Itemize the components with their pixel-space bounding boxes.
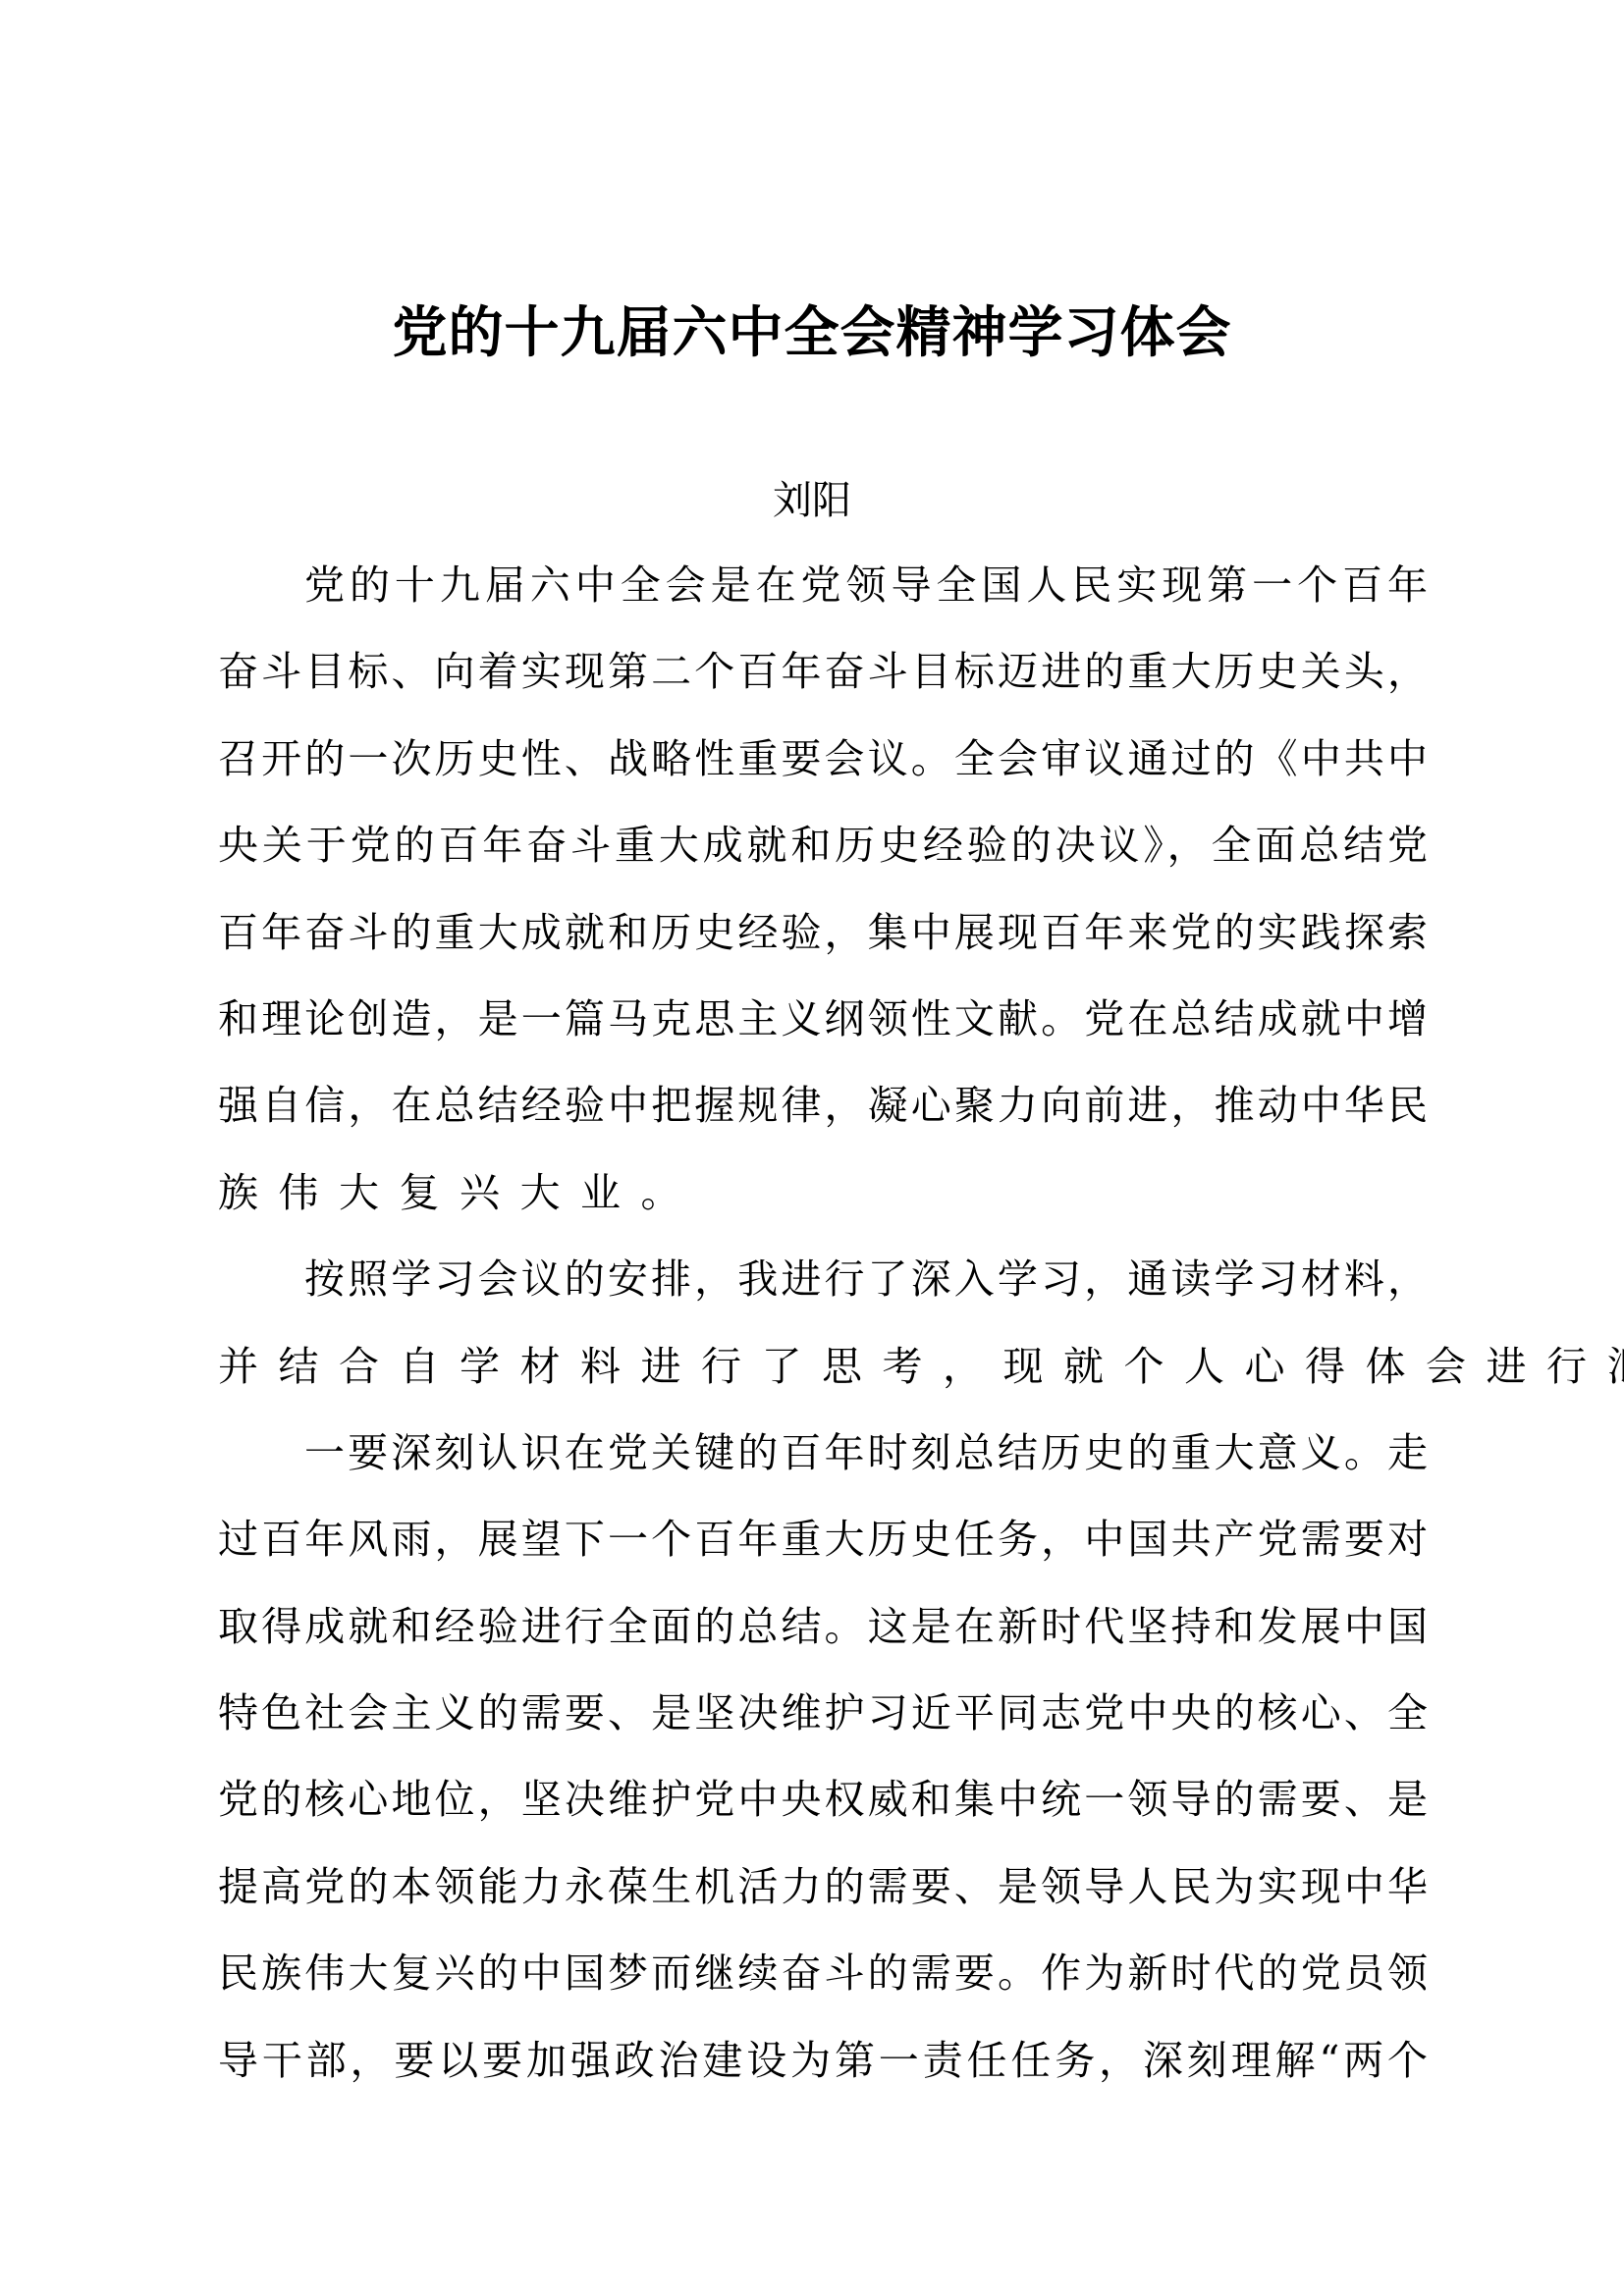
paragraph-line: 党的十九届六中全会是在党领导全国人民实现第一个百年 — [218, 556, 1428, 642]
paragraph-line: 央关于党的百年奋斗重大成就和历史经验的决议》，全面总结党 — [218, 816, 1428, 902]
paragraph-line: 百年奋斗的重大成就和历史经验，集中展现百年来党的实践探索 — [218, 903, 1428, 989]
document-page: 党的十九届六中全会精神学习体会 刘阳 党的十九届六中全会是在党领导全国人民实现第… — [0, 0, 1624, 2296]
author-name: 刘阳 — [0, 473, 1624, 528]
paragraph-line: 过百年风雨，展望下一个百年重大历史任务，中国共产党需要对 — [218, 1510, 1428, 1596]
paragraph-line: 奋斗目标、向着实现第二个百年奋斗目标迈进的重大历史关头， — [218, 642, 1428, 728]
paragraph-line: 按照学习会议的安排，我进行了深入学习，通读学习材料， — [218, 1250, 1428, 1336]
paragraph-3: 一要深刻认识在党关键的百年时刻总结历史的重大意义。走 过百年风雨，展望下一个百年… — [218, 1423, 1428, 2117]
paragraph-2: 按照学习会议的安排，我进行了深入学习，通读学习材料， 并结合自学材料进行了思考，… — [218, 1250, 1428, 1423]
paragraph-1: 党的十九届六中全会是在党领导全国人民实现第一个百年 奋斗目标、向着实现第二个百年… — [218, 556, 1428, 1250]
paragraph-line: 民族伟大复兴的中国梦而继续奋斗的需要。作为新时代的党员领 — [218, 1944, 1428, 2030]
document-title: 党的十九届六中全会精神学习体会 — [0, 294, 1624, 373]
paragraph-line: 和理论创造，是一篇马克思主义纲领性文献。党在总结成就中增 — [218, 989, 1428, 1076]
paragraph-line: 召开的一次历史性、战略性重要会议。全会审议通过的《中共中 — [218, 729, 1428, 816]
paragraph-line: 党的核心地位，坚决维护党中央权威和集中统一领导的需要、是 — [218, 1770, 1428, 1856]
document-body: 党的十九届六中全会是在党领导全国人民实现第一个百年 奋斗目标、向着实现第二个百年… — [218, 556, 1428, 2117]
paragraph-line: 导干部，要以要加强政治建设为第一责任任务，深刻理解“两个 — [218, 2031, 1428, 2117]
paragraph-line: 族伟大复兴大业。 — [218, 1163, 1428, 1250]
paragraph-line: 取得成就和经验进行全面的总结。这是在新时代坚持和发展中国 — [218, 1597, 1428, 1683]
paragraph-line: 一要深刻认识在党关键的百年时刻总结历史的重大意义。走 — [218, 1423, 1428, 1510]
paragraph-line: 提高党的本领能力永葆生机活力的需要、是领导人民为实现中华 — [218, 1857, 1428, 1944]
paragraph-line: 并结合自学材料进行了思考，现就个人心得体会进行汇报。 — [218, 1337, 1428, 1423]
paragraph-line: 强自信，在总结经验中把握规律，凝心聚力向前进，推动中华民 — [218, 1076, 1428, 1162]
paragraph-line: 特色社会主义的需要、是坚决维护习近平同志党中央的核心、全 — [218, 1683, 1428, 1770]
